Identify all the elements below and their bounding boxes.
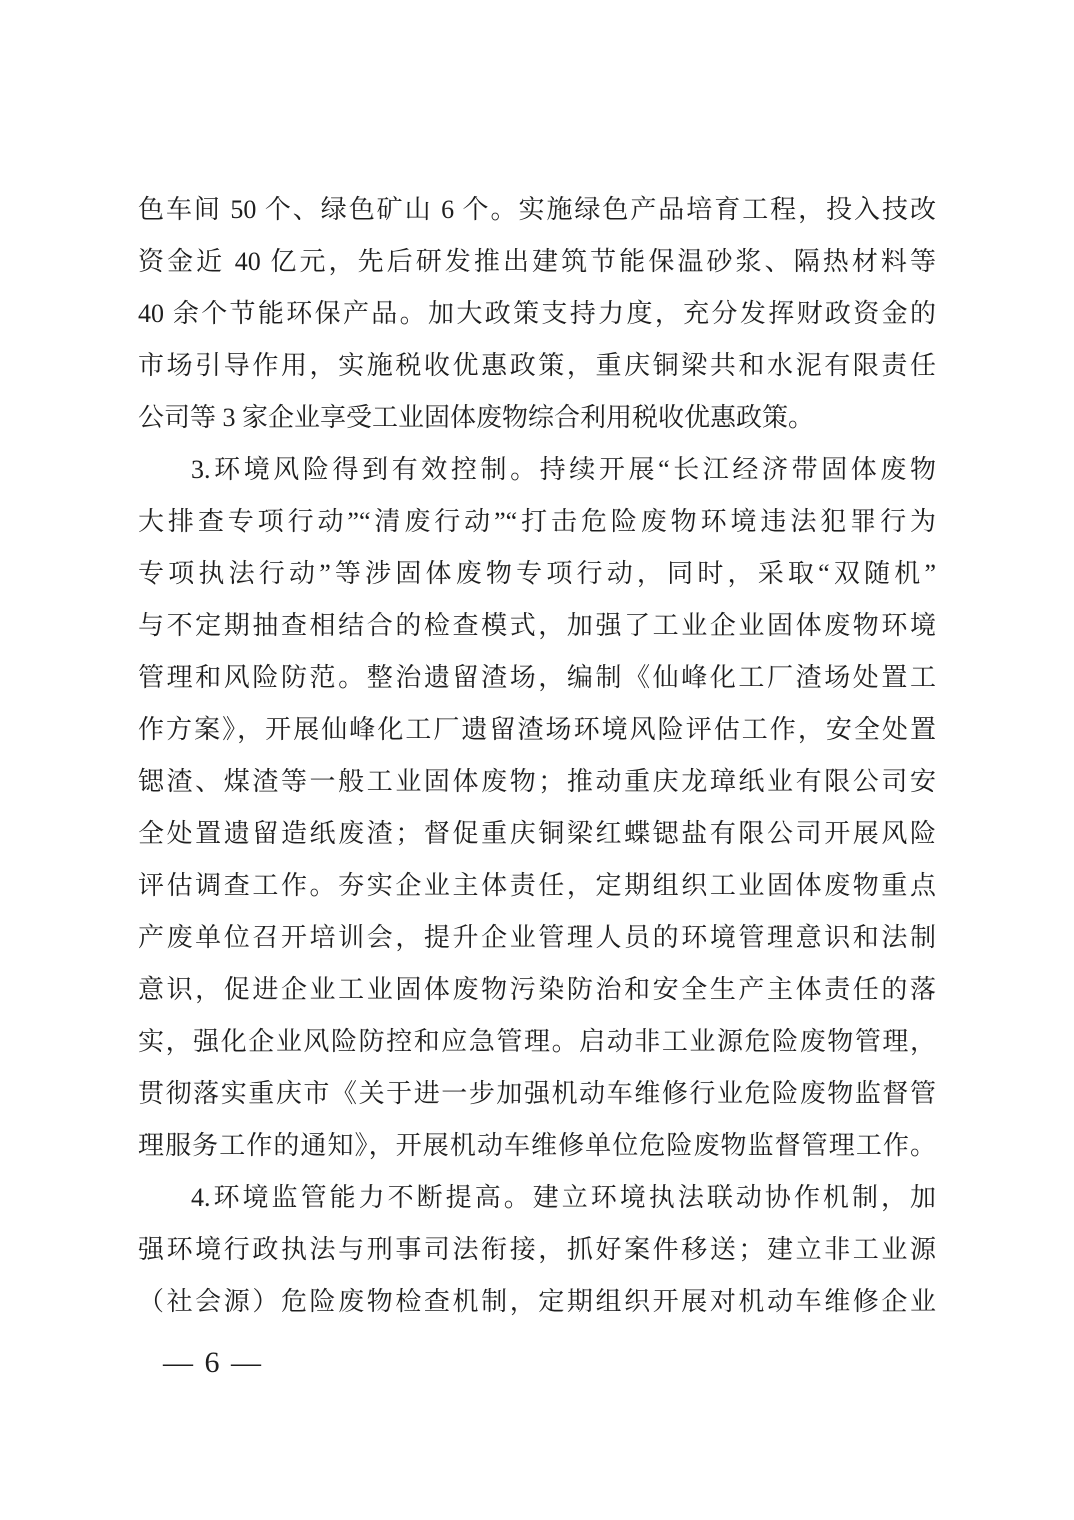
page-footer: — 6 —	[163, 1346, 263, 1380]
document-body: 色车间 50 个、绿色矿山 6 个。实施绿色产品培育工程，投入技改资金近 40 …	[138, 184, 936, 1328]
text-line: 色车间 50 个、绿色矿山 6 个。实施绿色产品培育工程，投入技改	[138, 184, 936, 236]
text-line: 市场引导作用，实施税收优惠政策，重庆铜梁共和水泥有限责任	[138, 340, 936, 392]
text-line: 产废单位召开培训会，提升企业管理人员的环境管理意识和法制	[138, 912, 936, 964]
text-line: 作方案》，开展仙峰化工厂遗留渣场环境风险评估工作，安全处置	[138, 704, 936, 756]
text-line: 全处置遗留造纸废渣；督促重庆铜梁红蝶锶盐有限公司开展风险	[138, 808, 936, 860]
text-line: 意识，促进企业工业固体废物污染防治和安全生产主体责任的落	[138, 964, 936, 1016]
text-line: 与不定期抽查相结合的检查模式，加强了工业企业固体废物环境	[138, 600, 936, 652]
text-line: 4.环境监管能力不断提高。建立环境执法联动协作机制，加	[138, 1172, 936, 1224]
document-page: 色车间 50 个、绿色矿山 6 个。实施绿色产品培育工程，投入技改资金近 40 …	[0, 0, 1074, 1520]
text-line: （社会源）危险废物检查机制，定期组织开展对机动车维修企业	[138, 1276, 936, 1328]
text-line: 管理和风险防范。整治遗留渣场，编制《仙峰化工厂渣场处置工	[138, 652, 936, 704]
text-line: 强环境行政执法与刑事司法衔接，抓好案件移送；建立非工业源	[138, 1224, 936, 1276]
text-line: 理服务工作的通知》，开展机动车维修单位危险废物监督管理工作。	[138, 1120, 936, 1172]
text-line: 专项执法行动”等涉固体废物专项行动，同时，采取“双随机”	[138, 548, 936, 600]
text-line: 资金近 40 亿元，先后研发推出建筑节能保温砂浆、隔热材料等	[138, 236, 936, 288]
text-line: 40 余个节能环保产品。加大政策支持力度，充分发挥财政资金的	[138, 288, 936, 340]
text-line: 公司等 3 家企业享受工业固体废物综合利用税收优惠政策。	[138, 392, 936, 444]
text-line: 大排查专项行动”“清废行动”“打击危险废物环境违法犯罪行为	[138, 496, 936, 548]
text-line: 锶渣、煤渣等一般工业固体废物；推动重庆龙璋纸业有限公司安	[138, 756, 936, 808]
text-line: 贯彻落实重庆市《关于进一步加强机动车维修行业危险废物监督管	[138, 1068, 936, 1120]
page-number: — 6 —	[163, 1346, 263, 1379]
text-line: 3.环境风险得到有效控制。持续开展“长江经济带固体废物	[138, 444, 936, 496]
text-line: 实，强化企业风险防控和应急管理。启动非工业源危险废物管理，	[138, 1016, 936, 1068]
text-line: 评估调查工作。夯实企业主体责任，定期组织工业固体废物重点	[138, 860, 936, 912]
